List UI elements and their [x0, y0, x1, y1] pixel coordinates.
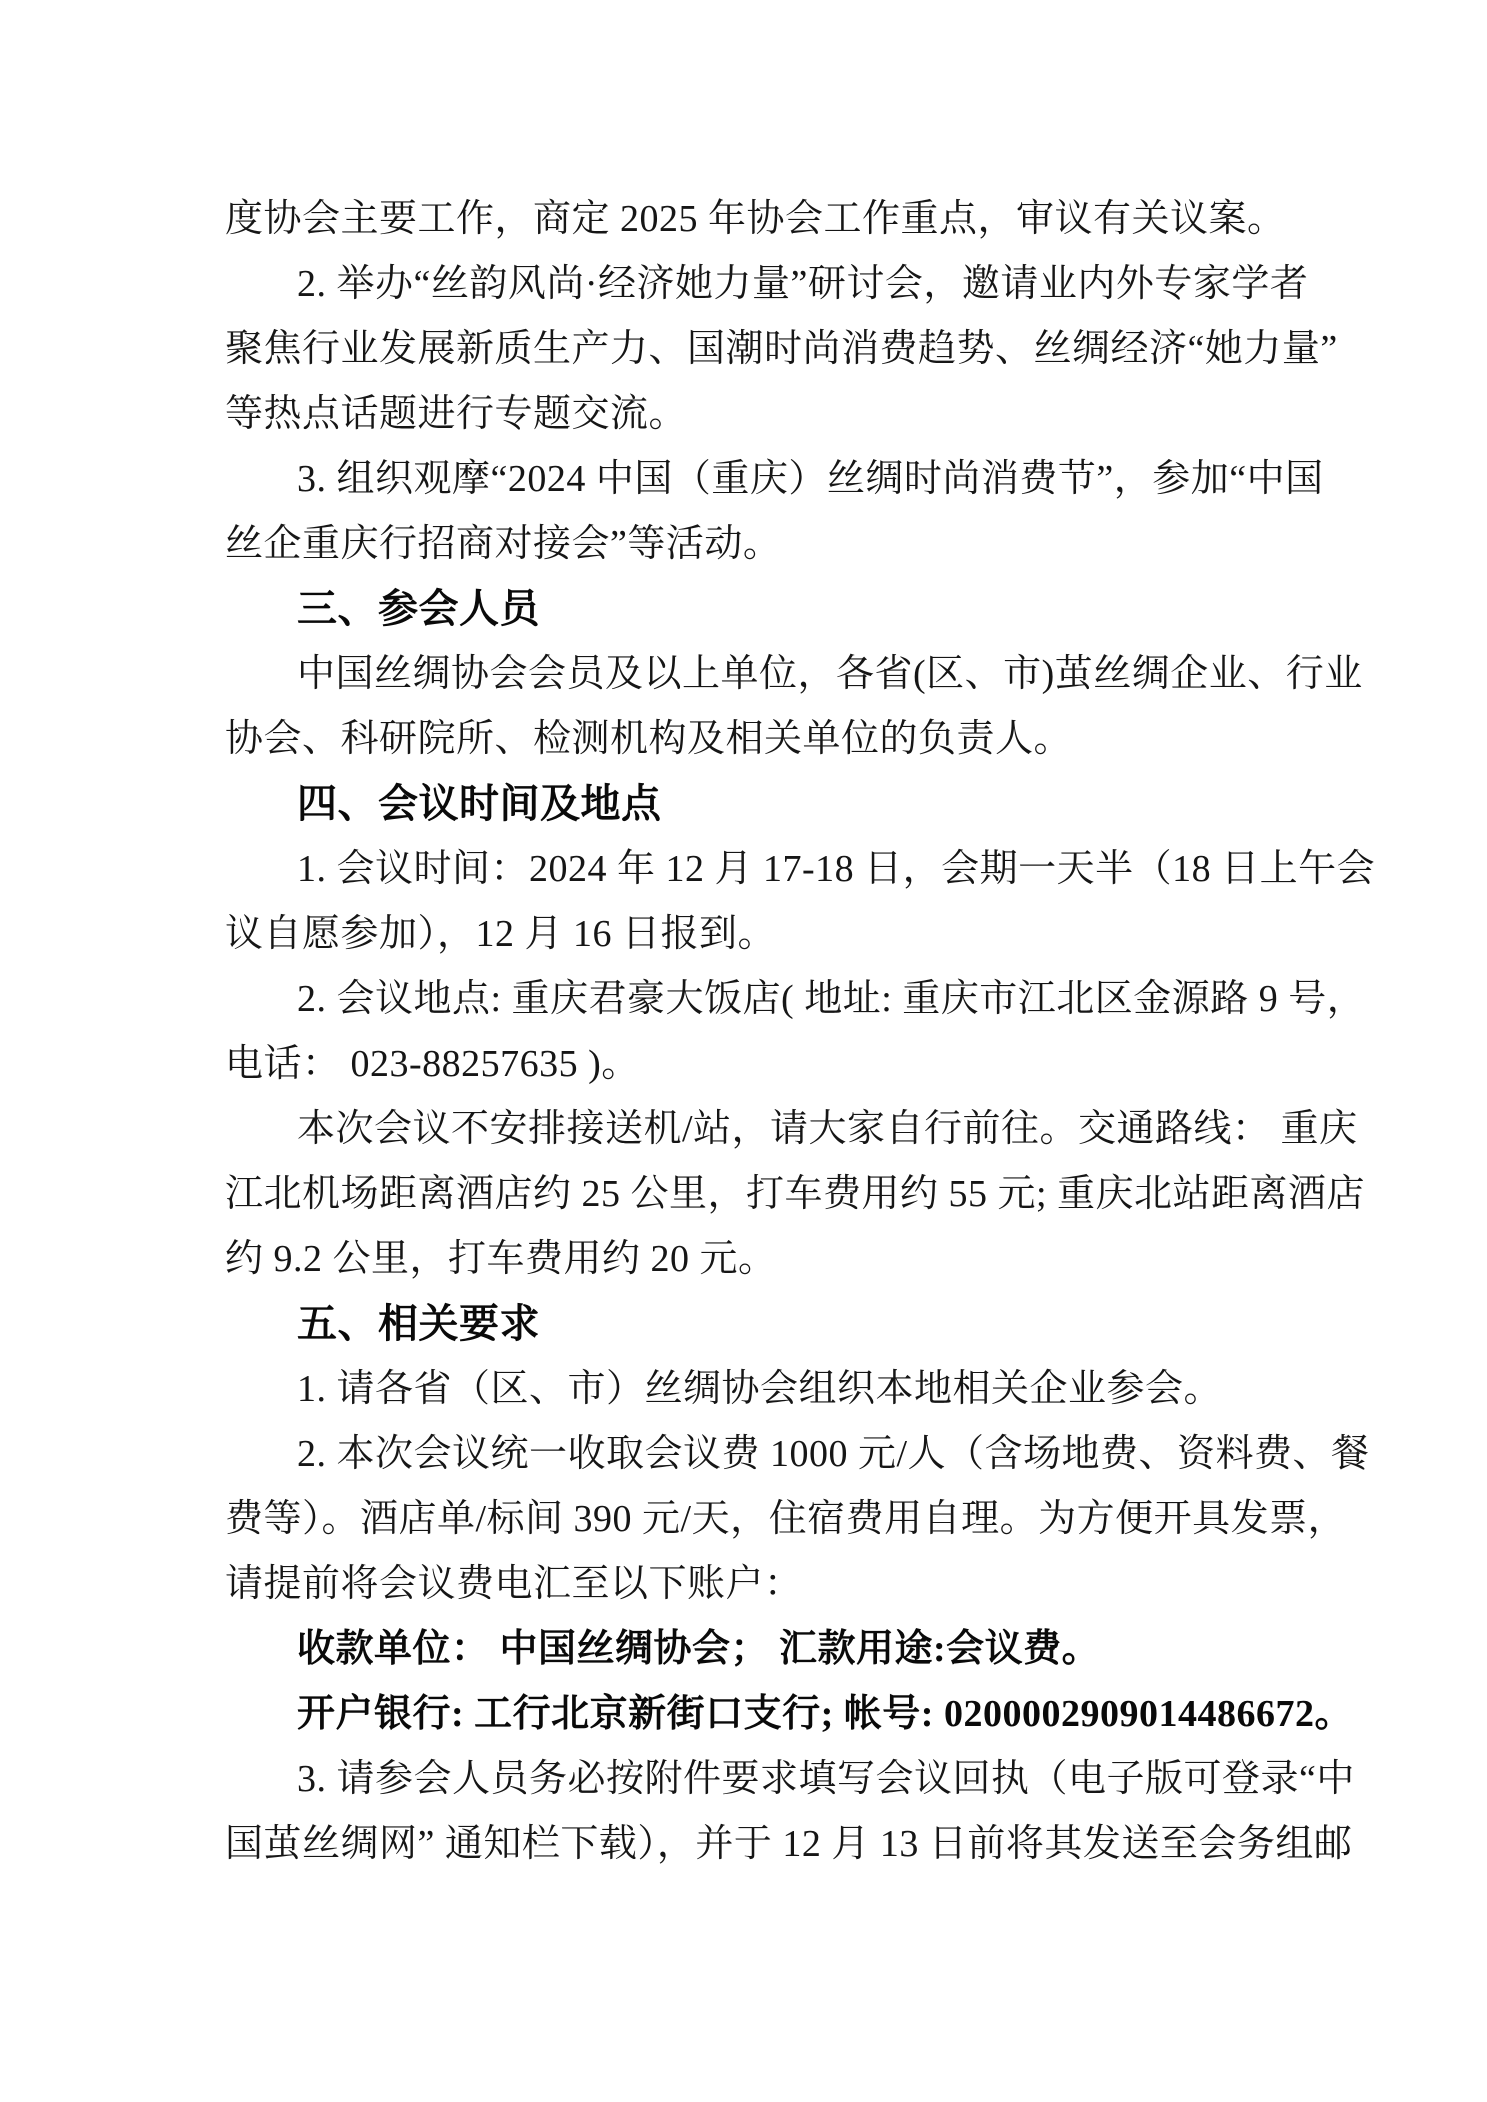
text-line: 2. 本次会议统一收取会议费 1000 元/人（含场地费、资料费、餐 — [225, 1422, 1265, 1487]
text-line: 2. 会议地点: 重庆君豪大饭店( 地址: 重庆市江北区金源路 9 号， — [225, 967, 1265, 1032]
text-line: 丝企重庆行招商对接会”等活动。 — [225, 512, 1265, 577]
text-line: 本次会议不安排接送机/站，请大家自行前往。交通路线： 重庆 — [225, 1097, 1265, 1162]
text-line: 1. 会议时间：2024 年 12 月 17-18 日，会期一天半（18 日上午… — [225, 837, 1265, 902]
document-page: 度协会主要工作，商定 2025 年协会工作重点，审议有关议案。2. 举办“丝韵风… — [0, 0, 1487, 2102]
document-body: 度协会主要工作，商定 2025 年协会工作重点，审议有关议案。2. 举办“丝韵风… — [225, 187, 1265, 1877]
text-line: 协会、科研院所、检测机构及相关单位的负责人。 — [225, 707, 1265, 772]
text-line: 聚焦行业发展新质生产力、国潮时尚消费趋势、丝绸经济“她力量” — [225, 317, 1265, 382]
text-line: 电话： 023-88257635 )。 — [225, 1032, 1265, 1097]
text-line: 江北机场距离酒店约 25 公里，打车费用约 55 元; 重庆北站距离酒店 — [225, 1162, 1265, 1227]
text-line: 1. 请各省（区、市）丝绸协会组织本地相关企业参会。 — [225, 1357, 1265, 1422]
text-line: 度协会主要工作，商定 2025 年协会工作重点，审议有关议案。 — [225, 187, 1265, 252]
text-line: 3. 组织观摩“2024 中国（重庆）丝绸时尚消费节”，参加“中国 — [225, 447, 1265, 512]
text-line: 等热点话题进行专题交流。 — [225, 382, 1265, 447]
text-line: 2. 举办“丝韵风尚·经济她力量”研讨会，邀请业内外专家学者 — [225, 252, 1265, 317]
text-line: 请提前将会议费电汇至以下账户： — [225, 1552, 1265, 1617]
text-line: 3. 请参会人员务必按附件要求填写会议回执（电子版可登录“中 — [225, 1747, 1265, 1812]
text-line: 开户银行: 工行北京新街口支行; 帐号: 0200002909014486672… — [225, 1682, 1265, 1747]
text-line: 约 9.2 公里，打车费用约 20 元。 — [225, 1227, 1265, 1292]
text-line: 费等）。酒店单/标间 390 元/天，住宿费用自理。为方便开具发票， — [225, 1487, 1265, 1552]
text-line: 中国丝绸协会会员及以上单位，各省(区、市)茧丝绸企业、行业 — [225, 642, 1265, 707]
text-line: 国茧丝绸网” 通知栏下载），并于 12 月 13 日前将其发送至会务组邮 — [225, 1812, 1265, 1877]
text-line: 三、参会人员 — [225, 577, 1265, 642]
text-line: 五、相关要求 — [225, 1292, 1265, 1357]
text-line: 议自愿参加），12 月 16 日报到。 — [225, 902, 1265, 967]
text-line: 四、会议时间及地点 — [225, 772, 1265, 837]
text-line: 收款单位： 中国丝绸协会； 汇款用途:会议费。 — [225, 1617, 1265, 1682]
